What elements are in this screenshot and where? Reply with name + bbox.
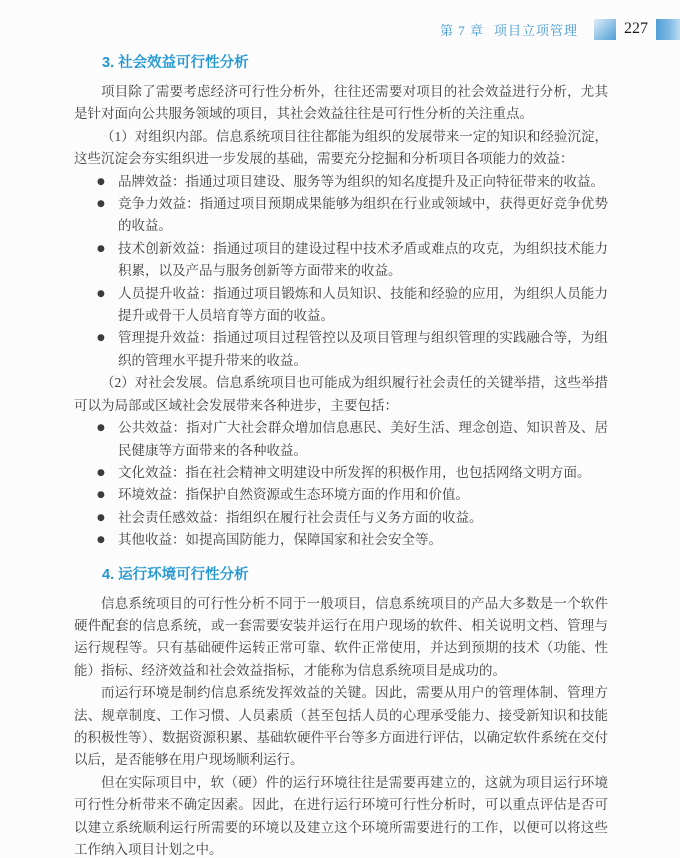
paragraph: 项目除了需要考虑经济可行性分析外，往往还需要对项目的社会效益进行分析，尤其是针对… — [74, 81, 608, 126]
list-item: ●人员提升收益：指通过项目锻炼和人员知识、技能和经验的应用，为组织人员能力提升或… — [74, 283, 608, 328]
running-header: 第 7 章 项目立项管理 227 — [440, 18, 680, 40]
bullet-list: ●品牌效益：指通过项目建设、服务等为组织的知名度提升及正向特征带来的收益。●竞争… — [74, 171, 608, 373]
bullet-text: 人员提升收益：指通过项目锻炼和人员知识、技能和经验的应用，为组织人员能力提升或骨… — [118, 286, 608, 323]
bullet-icon: ● — [97, 283, 105, 305]
chapter-title: 项目立项管理 — [494, 20, 578, 39]
bullet-text: 技术创新效益：指通过项目的建设过程中技术矛盾或难点的攻克，为组织技术能力积累，以… — [118, 241, 608, 278]
page-number: 227 — [621, 20, 651, 38]
list-item: ●技术创新效益：指通过项目的建设过程中技术矛盾或难点的攻克，为组织技术能力积累，… — [74, 238, 608, 283]
list-item: ●环境效益：指保护自然资源或生态环境方面的作用和价值。 — [74, 484, 608, 506]
content: 3. 社会效益可行性分析项目除了需要考虑经济可行性分析外，往往还需要对项目的社会… — [74, 54, 608, 858]
bullet-text: 文化效益：指在社会精神文明建设中所发挥的积极作用，也包括网络文明方面。 — [118, 465, 591, 480]
bullet-icon: ● — [97, 327, 105, 349]
bullet-icon: ● — [97, 529, 105, 551]
book-page: { "page": { "header": { "chapter_label":… — [0, 0, 680, 858]
section-heading-2: 4. 运行环境可行性分析 — [102, 566, 608, 584]
list-item: ●其他收益：如提高国防能力，保障国家和社会安全等。 — [74, 529, 608, 551]
header-edge-accent-square-icon — [656, 19, 680, 40]
list-item: ●品牌效益：指通过项目建设、服务等为组织的知名度提升及正向特征带来的收益。 — [74, 171, 608, 193]
bullet-icon: ● — [97, 193, 105, 215]
chapter-label: 第 7 章 — [440, 20, 484, 39]
header-accent-square-icon — [594, 19, 616, 40]
bullet-icon: ● — [97, 462, 105, 484]
list-item: ●公共效益：指对广大社会群众增加信息惠民、美好生活、理念创造、知识普及、居民健康… — [74, 417, 608, 462]
bullet-list: ●公共效益：指对广大社会群众增加信息惠民、美好生活、理念创造、知识普及、居民健康… — [74, 417, 608, 551]
paragraph: 信息系统项目的可行性分析不同于一般项目，信息系统项目的产品大多数是一个软件硬件配… — [74, 593, 608, 683]
bullet-text: 公共效益：指对广大社会群众增加信息惠民、美好生活、理念创造、知识普及、居民健康等… — [118, 420, 608, 457]
bullet-text: 社会责任感效益：指组织在履行社会责任与义务方面的收益。 — [118, 510, 483, 525]
bullet-icon: ● — [97, 171, 105, 193]
bullet-text: 竞争力效益：指通过项目预期成果能够为组织在行业或领域中，获得更好竞争优势的收益。 — [118, 196, 608, 233]
bullet-icon: ● — [97, 417, 105, 439]
paragraph: 而运行环境是制约信息系统发挥效益的关键。因此，需要从用户的管理体制、管理方法、规… — [74, 682, 608, 772]
list-item: ●社会责任感效益：指组织在履行社会责任与义务方面的收益。 — [74, 507, 608, 529]
list-item: ●管理提升效益：指通过项目过程管控以及项目管理与组织管理的实践融合等，为组织的管… — [74, 327, 608, 372]
paragraph: 但在实际项目中，软（硬）件的运行环境往往是需要再建立的，这就为项目运行环境可行性… — [74, 772, 608, 858]
bullet-icon: ● — [97, 507, 105, 529]
bullet-text: 管理提升效益：指通过项目过程管控以及项目管理与组织管理的实践融合等，为组织的管理… — [118, 330, 608, 367]
paragraph: （1）对组织内部。信息系统项目往往都能为组织的发展带来一定的知识和经验沉淀，这些… — [74, 126, 608, 171]
bullet-text: 品牌效益：指通过项目建设、服务等为组织的知名度提升及正向特征带来的收益。 — [118, 174, 604, 189]
section-heading-1: 3. 社会效益可行性分析 — [102, 54, 608, 72]
bullet-text: 环境效益：指保护自然资源或生态环境方面的作用和价值。 — [118, 487, 469, 502]
bullet-icon: ● — [97, 238, 105, 260]
bullet-icon: ● — [97, 484, 105, 506]
bullet-text: 其他收益：如提高国防能力，保障国家和社会安全等。 — [118, 532, 442, 547]
paragraph: （2）对社会发展。信息系统项目也可能成为组织履行社会责任的关键举措，这些举措可以… — [74, 372, 608, 417]
list-item: ●竞争力效益：指通过项目预期成果能够为组织在行业或领域中，获得更好竞争优势的收益… — [74, 193, 608, 238]
list-item: ●文化效益：指在社会精神文明建设中所发挥的积极作用，也包括网络文明方面。 — [74, 462, 608, 484]
